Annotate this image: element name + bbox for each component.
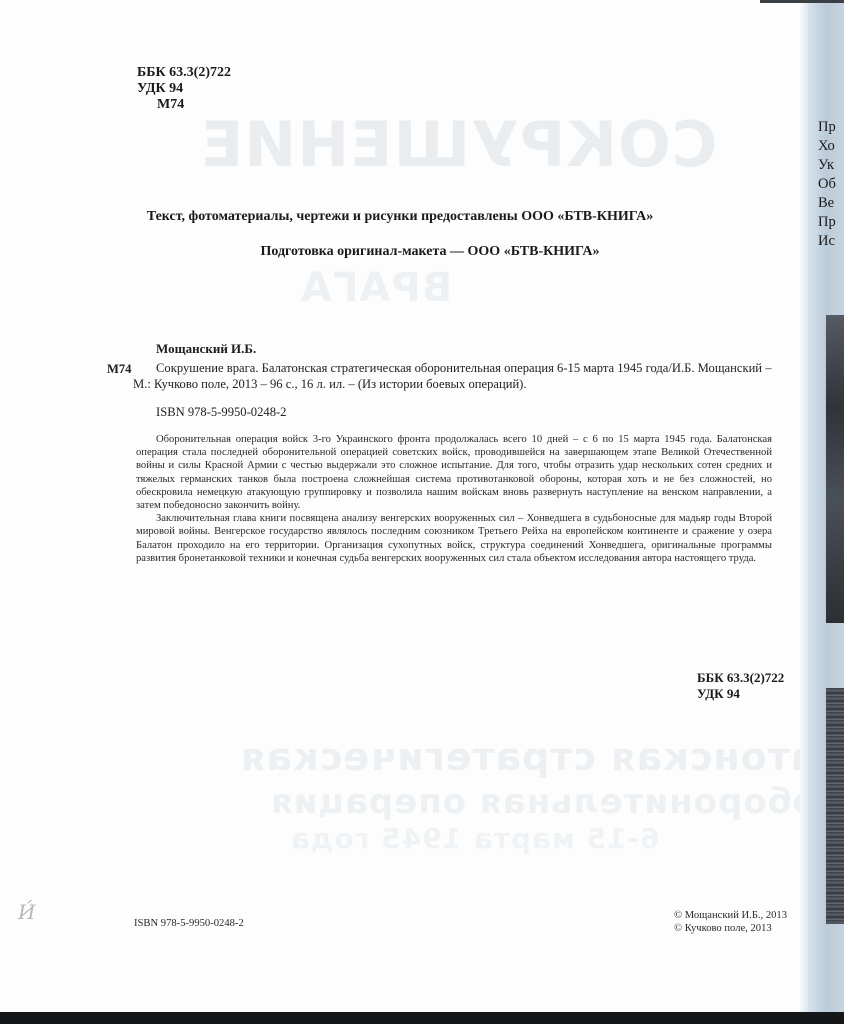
show-through-line1: Балатонская стратегическая <box>240 735 844 779</box>
show-through-subtitle: ВРАГА <box>300 265 452 311</box>
copyright-page: СОКРУШЕНИЕ ВРАГА Балатонская стратегичес… <box>0 0 800 1012</box>
handwritten-mark: И́ <box>18 900 35 924</box>
annotation-paragraph-2: Заключительная глава книги посвящена ана… <box>136 512 772 565</box>
classification-codes: ББК 63.3(2)722 УДК 94 М74 <box>137 65 231 113</box>
annotation-paragraph-1: Оборонительная операция войск 3-го Украи… <box>136 433 772 512</box>
copyright-publisher: © Кучково поле, 2013 <box>674 922 787 935</box>
udk-code: УДК 94 <box>137 81 231 97</box>
adjacent-page-photo-bottom <box>826 688 844 924</box>
catalog-description-line2: М.: Кучково поле, 2013 – 96 с., 16 л. ил… <box>133 376 527 392</box>
author-mark: М74 <box>137 97 231 113</box>
scan-bottom-edge <box>0 1012 844 1024</box>
copyright-author: © Мощанский И.Б., 2013 <box>674 909 787 922</box>
layout-credit: Подготовка оригинал-макета — ООО «БТВ-КН… <box>0 244 844 260</box>
footer-udk-code: УДК 94 <box>697 686 784 702</box>
adjacent-page-photo-top <box>826 315 844 623</box>
bbk-code: ББК 63.3(2)722 <box>137 65 231 81</box>
adjacent-page-text: Пр Хо Ук Об Ве Пр Ис <box>818 118 844 251</box>
footer-isbn: ISBN 978-5-9950-0248-2 <box>134 918 244 929</box>
catalog-description-line1: Сокрушение врага. Балатонская стратегиче… <box>156 360 772 376</box>
materials-credit: Текст, фотоматериалы, чертежи и рисунки … <box>0 209 800 225</box>
footer-bbk-code: ББК 63.3(2)722 <box>697 670 784 686</box>
footer-classification-codes: ББК 63.3(2)722 УДК 94 <box>697 670 784 702</box>
annotation: Оборонительная операция войск 3-го Украи… <box>136 433 772 565</box>
show-through-title: СОКРУШЕНИЕ <box>200 108 717 181</box>
catalog-author: Мощанский И.Б. <box>156 341 256 357</box>
show-through-line3: 6-15 марта 1945 года <box>290 822 660 855</box>
catalog-isbn: ISBN 978-5-9950-0248-2 <box>156 405 286 420</box>
show-through-line2: оборонительная операция <box>270 782 816 822</box>
copyright-block: © Мощанский И.Б., 2013 © Кучково поле, 2… <box>674 909 787 935</box>
catalog-code: М74 <box>107 362 131 377</box>
scan-top-edge <box>760 0 844 3</box>
